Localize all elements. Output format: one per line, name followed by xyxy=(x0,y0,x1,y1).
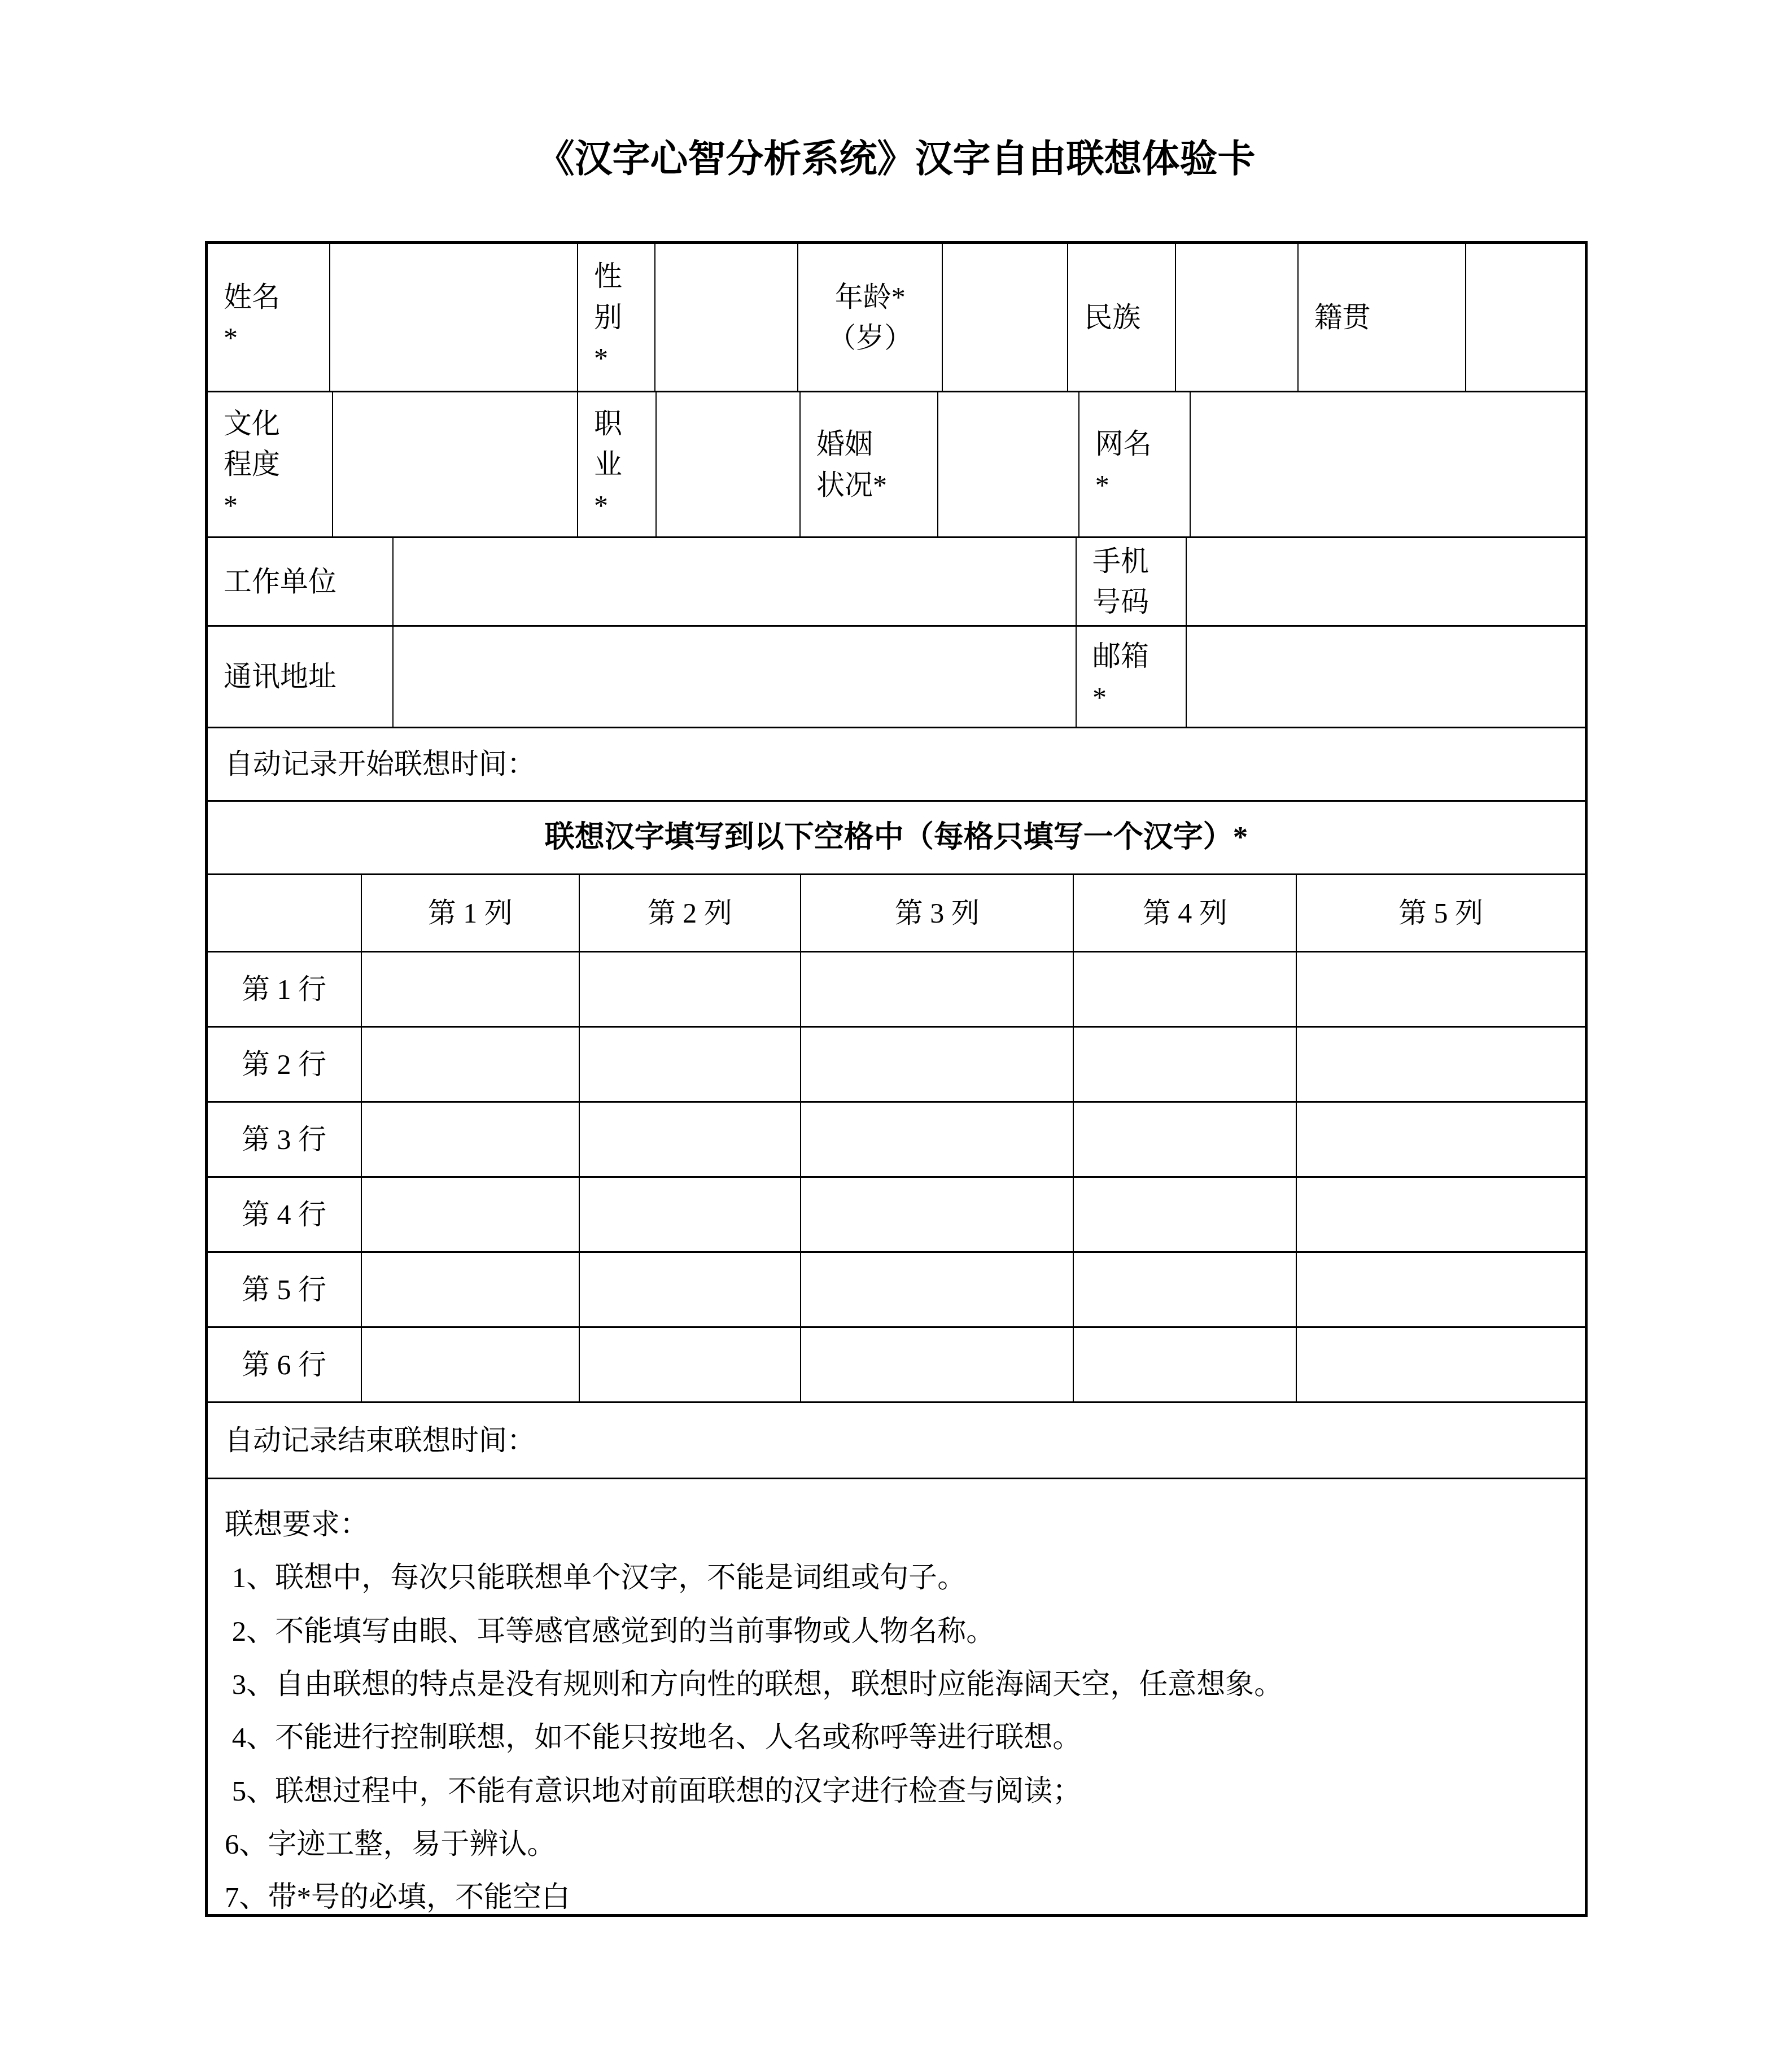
association-cell[interactable] xyxy=(580,1253,802,1326)
grid-column-header-2: 第 2 列 xyxy=(580,875,802,951)
requirement-item: 6、字迹工整，易于辨认。 xyxy=(225,1818,1562,1871)
association-cell[interactable] xyxy=(1074,952,1297,1026)
info-row-1: 姓名 * 性别 * 年龄* （岁） 民族 籍贯 xyxy=(208,244,1585,392)
association-cell[interactable] xyxy=(1297,1178,1585,1251)
address-label: 通讯地址 xyxy=(208,627,394,727)
association-cell[interactable] xyxy=(801,952,1074,1026)
occupation-input-cell[interactable] xyxy=(657,392,801,536)
association-cell[interactable] xyxy=(1297,952,1585,1026)
marital-status-label: 婚姻 状况* xyxy=(801,392,938,536)
grid-instruction: 联想汉字填写到以下空格中（每格只填写一个汉字）* xyxy=(208,802,1585,873)
grid-row-2: 第 2 行 xyxy=(208,1028,1585,1103)
info-row-4: 通讯地址 邮箱 * xyxy=(208,627,1585,728)
grid-row-5: 第 5 行 xyxy=(208,1253,1585,1328)
ethnicity-label: 民族 xyxy=(1068,244,1175,391)
document-page: 《汉字心智分析系统》汉字自由联想体验卡 姓名 * 性别 * 年龄* （岁） 民族… xyxy=(0,0,1792,2058)
marital-status-input-cell[interactable] xyxy=(938,392,1079,536)
grid-column-header-1: 第 1 列 xyxy=(362,875,579,951)
native-place-input-cell[interactable] xyxy=(1466,244,1585,391)
association-cell[interactable] xyxy=(801,1028,1074,1101)
association-cell[interactable] xyxy=(1074,1103,1297,1176)
association-cell[interactable] xyxy=(362,1028,579,1101)
gender-label: 性别 * xyxy=(578,244,655,391)
association-cell[interactable] xyxy=(1074,1178,1297,1251)
info-row-2: 文化 程度 * 职业 * 婚姻 状况* 网名 * xyxy=(208,392,1585,538)
association-cell[interactable] xyxy=(1074,1253,1297,1326)
association-cell[interactable] xyxy=(1297,1328,1585,1401)
grid-column-header-4: 第 4 列 xyxy=(1074,875,1297,951)
name-label: 姓名 * xyxy=(208,244,330,391)
mobile-label: 手机 号码 xyxy=(1077,538,1187,625)
education-label: 文化 程度 * xyxy=(208,392,333,536)
gender-input-cell[interactable] xyxy=(655,244,799,391)
grid-row-header-2: 第 2 行 xyxy=(208,1028,362,1101)
association-cell[interactable] xyxy=(1297,1103,1585,1176)
association-cell[interactable] xyxy=(1074,1028,1297,1101)
end-time-label: 自动记录结束联想时间： xyxy=(208,1403,1585,1478)
start-time-label: 自动记录开始联想时间： xyxy=(208,728,1585,800)
requirements-heading: 联想要求： xyxy=(225,1498,1562,1552)
email-input-cell[interactable] xyxy=(1187,627,1585,727)
grid-row-3: 第 3 行 xyxy=(208,1103,1585,1178)
association-cell[interactable] xyxy=(1297,1028,1585,1101)
association-cell[interactable] xyxy=(362,1103,579,1176)
requirement-item: 5、联想过程中，不能有意识地对前面联想的汉字进行检查与阅读； xyxy=(225,1765,1562,1818)
net-name-input-cell[interactable] xyxy=(1191,392,1585,536)
requirement-item: 4、不能进行控制联想，如不能只按地名、人名或称呼等进行联想。 xyxy=(225,1711,1562,1764)
age-input-cell[interactable] xyxy=(943,244,1068,391)
work-unit-input-cell[interactable] xyxy=(394,538,1077,625)
grid-row-header-3: 第 3 行 xyxy=(208,1103,362,1176)
association-cell[interactable] xyxy=(580,1103,802,1176)
association-cell[interactable] xyxy=(580,1178,802,1251)
association-cell[interactable] xyxy=(362,1253,579,1326)
document-title: 《汉字心智分析系统》汉字自由联想体验卡 xyxy=(0,129,1792,183)
age-label: 年龄* （岁） xyxy=(798,244,943,391)
address-input-cell[interactable] xyxy=(394,627,1077,727)
net-name-label: 网名 * xyxy=(1079,392,1191,536)
grid-row-header-4: 第 4 行 xyxy=(208,1178,362,1251)
association-cell[interactable] xyxy=(362,1178,579,1251)
work-unit-label: 工作单位 xyxy=(208,538,394,625)
association-cell[interactable] xyxy=(580,1328,802,1401)
association-cell[interactable] xyxy=(580,1028,802,1101)
grid-row-4: 第 4 行 xyxy=(208,1178,1585,1253)
mobile-input-cell[interactable] xyxy=(1187,538,1585,625)
start-time-row: 自动记录开始联想时间： xyxy=(208,728,1585,802)
requirement-item: 3、自由联想的特点是没有规则和方向性的联想，联想时应能海阔天空，任意想象。 xyxy=(225,1658,1562,1711)
name-input-cell[interactable] xyxy=(330,244,578,391)
requirement-item: 7、带*号的必填，不能空白 xyxy=(225,1871,1562,1914)
grid-row-1: 第 1 行 xyxy=(208,952,1585,1028)
association-cell[interactable] xyxy=(801,1103,1074,1176)
email-label: 邮箱 * xyxy=(1077,627,1187,727)
association-cell[interactable] xyxy=(580,952,802,1026)
association-cell[interactable] xyxy=(801,1253,1074,1326)
requirement-item: 1、联想中，每次只能联想单个汉字，不能是词组或句子。 xyxy=(225,1552,1562,1605)
requirements-row: 联想要求： 1、联想中，每次只能联想单个汉字，不能是词组或句子。 2、不能填写由… xyxy=(208,1479,1585,1914)
requirement-item: 2、不能填写由眼、耳等感官感觉到的当前事物或人物名称。 xyxy=(225,1605,1562,1658)
association-cell[interactable] xyxy=(362,1328,579,1401)
grid-row-header-1: 第 1 行 xyxy=(208,952,362,1026)
ethnicity-input-cell[interactable] xyxy=(1176,244,1299,391)
grid-row-header-5: 第 5 行 xyxy=(208,1253,362,1326)
grid-column-header-5: 第 5 列 xyxy=(1297,875,1585,951)
education-input-cell[interactable] xyxy=(333,392,578,536)
requirements-block: 联想要求： 1、联想中，每次只能联想单个汉字，不能是词组或句子。 2、不能填写由… xyxy=(208,1479,1585,1914)
association-cell[interactable] xyxy=(801,1178,1074,1251)
grid-column-header-row: 第 1 列 第 2 列 第 3 列 第 4 列 第 5 列 xyxy=(208,875,1585,952)
association-form-table: 姓名 * 性别 * 年龄* （岁） 民族 籍贯 文化 程度 * 职业 * 婚姻 … xyxy=(205,241,1588,1917)
occupation-label: 职业 * xyxy=(578,392,657,536)
association-cell[interactable] xyxy=(1074,1328,1297,1401)
grid-row-header-6: 第 6 行 xyxy=(208,1328,362,1401)
info-row-3: 工作单位 手机 号码 xyxy=(208,538,1585,627)
native-place-label: 籍贯 xyxy=(1299,244,1467,391)
association-cell[interactable] xyxy=(801,1328,1074,1401)
association-cell[interactable] xyxy=(362,952,579,1026)
end-time-row: 自动记录结束联想时间： xyxy=(208,1403,1585,1479)
grid-row-6: 第 6 行 xyxy=(208,1328,1585,1403)
grid-corner-cell xyxy=(208,875,362,951)
grid-column-header-3: 第 3 列 xyxy=(801,875,1074,951)
grid-instruction-row: 联想汉字填写到以下空格中（每格只填写一个汉字）* xyxy=(208,802,1585,875)
association-cell[interactable] xyxy=(1297,1253,1585,1326)
